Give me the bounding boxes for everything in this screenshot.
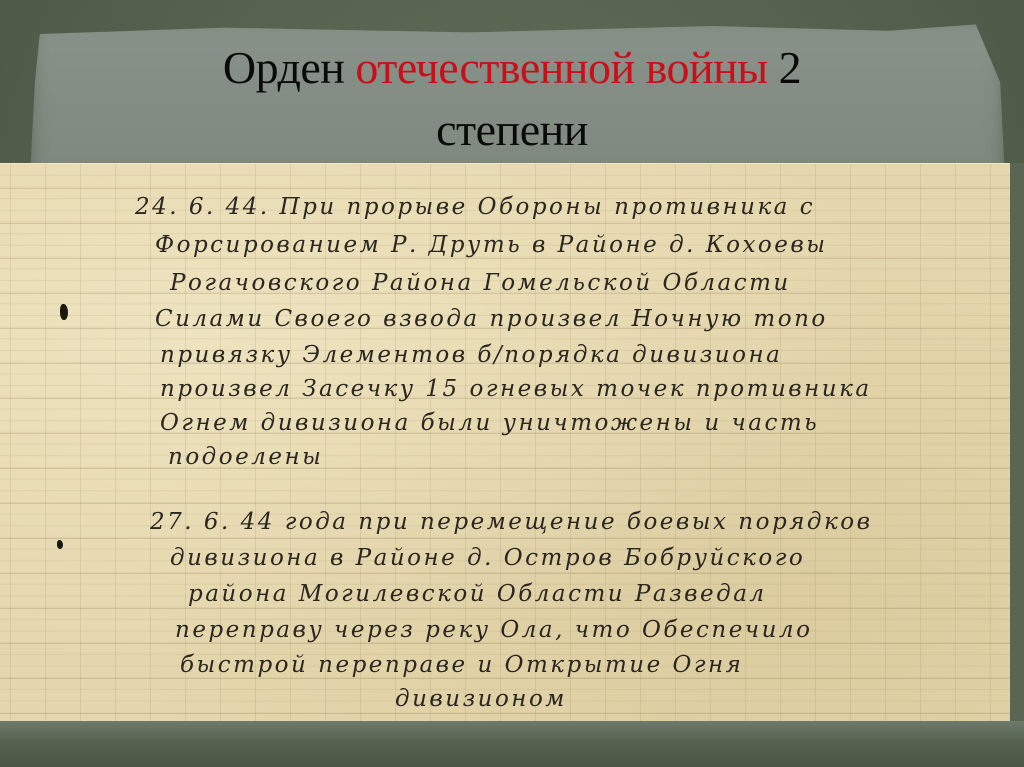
slide-border-bottom xyxy=(0,721,1024,767)
entry-2-line-1: 27. 6. 44 года при перемещение боевых по… xyxy=(150,509,872,535)
handwritten-text: 24. 6. 44. При прорыве Обороны противник… xyxy=(0,164,1010,722)
entry-1-line-7: Огнем дивизиона были уничтожены и часть xyxy=(160,410,819,436)
slide-border-right xyxy=(1010,163,1024,721)
entry-2-line-4: переправу через реку Ола, что Обеспечило xyxy=(175,617,812,643)
title-part-1: Орден xyxy=(223,42,356,93)
entry-2-line-2: дивизиона в Районе д. Остров Бобруйского xyxy=(170,545,805,571)
entry-1-line-4: Силами Своего взвода произвел Ночную топ… xyxy=(155,306,828,332)
entry-1-line-6: произвел Засечку 15 огневых точек против… xyxy=(160,376,872,402)
entry-2-line-6: дивизионом xyxy=(395,686,567,712)
entry-1-line-5: привязку Элементов б/порядка дивизиона xyxy=(160,342,782,368)
slide-title: Орден отечественной войны 2 степени xyxy=(0,38,1024,160)
entry-1-line-2: Форсированием Р. Друть в Районе д. Кохое… xyxy=(155,232,828,258)
title-accent-text: отечественной войны xyxy=(355,42,767,93)
entry-2-line-5: быстрой переправе и Открытие Огня xyxy=(180,652,743,678)
entry-1-line-8: подоелены xyxy=(168,444,323,470)
entry-2-line-3: района Могилевской Области Разведал xyxy=(188,581,767,607)
handwritten-document-scan: 24. 6. 44. При прорыве Обороны противник… xyxy=(0,163,1010,724)
entry-1-line-3: Рогачовского Района Гомельской Области xyxy=(170,270,791,296)
title-part-3: 2 xyxy=(768,42,802,93)
title-line-2: степени xyxy=(0,100,1024,160)
entry-1-line-1: 24. 6. 44. При прорыве Обороны противник… xyxy=(135,194,815,220)
